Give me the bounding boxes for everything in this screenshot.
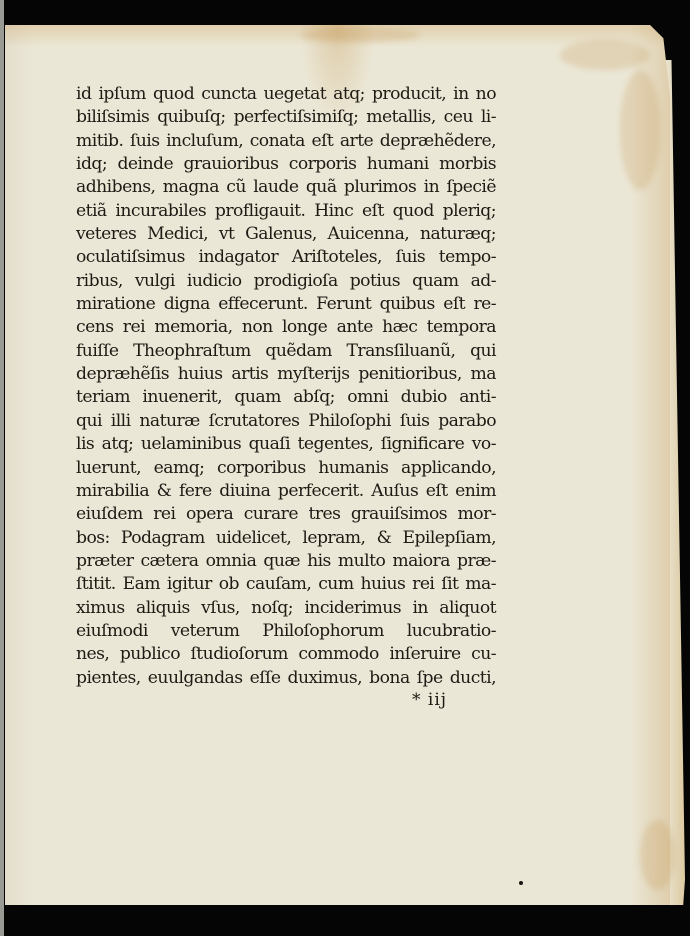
text-line: eiuſdem rei opera curare tres grauiſsimo… [76, 503, 496, 526]
signature-mark: * iij [412, 690, 447, 710]
text-line: veteres Medici, vt Galenus, Auicenna, na… [76, 223, 496, 246]
text-line: teriam inuenerit, quam abſq; omni dubio … [76, 386, 496, 409]
ink-speck [519, 881, 523, 885]
text-line: etiã incurabiles profligauit. Hinc eſt q… [76, 200, 496, 223]
text-line: fuiſſe Theophraſtum quẽdam Transſiluanũ,… [76, 340, 496, 363]
text-line: mirabilia & fere diuina perfecerit. Auſu… [76, 480, 496, 503]
text-line: depræhẽſis huius artis myſterijs penitio… [76, 363, 496, 386]
text-line: id ipſum quod cuncta uegetat atq; produc… [76, 83, 496, 106]
text-line: eiuſmodi veterum Philoſophorum lucubrati… [76, 620, 496, 643]
foxing-stain [640, 820, 675, 890]
text-line: biliſsimis quibuſq; perfectiſsimiſq; met… [76, 106, 496, 129]
text-line: pientes, euulgandas eſſe duximus, bona ſ… [76, 667, 496, 690]
text-line: ximus aliquis vſus, noſq; inciderimus in… [76, 597, 496, 620]
body-text: id ipſum quod cuncta uegetat atq; produc… [76, 83, 496, 690]
text-line: cens rei memoria, non longe ante hæc tem… [76, 316, 496, 339]
text-line: ribus, vulgi iudicio prodigioſa potius q… [76, 270, 496, 293]
text-line: præter cætera omnia quæ his multo maiora… [76, 550, 496, 573]
text-line: nes, publico ſtudioſorum commodo inſerui… [76, 643, 496, 666]
foxing-stain [300, 28, 420, 42]
text-line: oculatiſsimus indagator Ariſtoteles, ſui… [76, 246, 496, 269]
foxing-stain [560, 40, 650, 70]
foxing-stain [620, 70, 660, 190]
text-line: luerunt, eamq; corporibus humanis applic… [76, 457, 496, 480]
scan-left-border [0, 0, 4, 936]
text-line: adhibens, magna cũ laude quã plurimos in… [76, 176, 496, 199]
text-line: ſtitit. Eam igitur ob cauſam, cum huius … [76, 573, 496, 596]
text-line: bos: Podagram uidelicet, lepram, & Epile… [76, 527, 496, 550]
text-line: miratione digna effecerunt. Ferunt quibu… [76, 293, 496, 316]
text-line: qui illi naturæ ſcrutatores Philoſophi ſ… [76, 410, 496, 433]
text-line: mitib. ſuis incluſum, conata eſt arte de… [76, 130, 496, 153]
text-line: lis atq; uelaminibus quaſi tegentes, ſig… [76, 433, 496, 456]
text-line: idq; deinde grauioribus corporis humani … [76, 153, 496, 176]
